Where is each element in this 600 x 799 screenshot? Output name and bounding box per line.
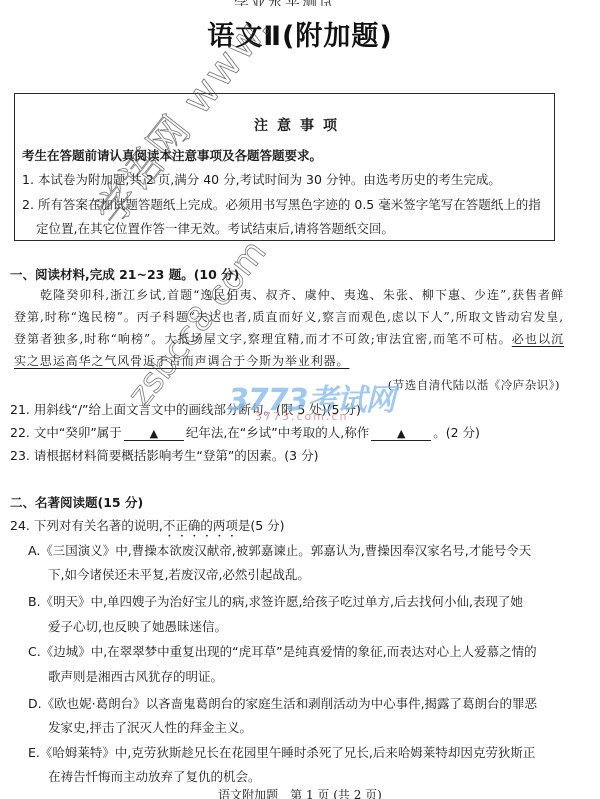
option-d-line-2: 发家史,抨击了泯灭人性的拜金主义。 [48, 718, 252, 736]
notice-intro: 考生在答题前请认真阅读本注意事项及各题答题要求。 [22, 146, 322, 164]
question-24: 24. 下列对有关名著的说明,不正确的两项是(5 分) [10, 516, 285, 540]
answer-blank-1[interactable]: ▲ [124, 428, 184, 441]
section-1-title: 一、阅读材料,完成 21~23 题。(10 分) [10, 265, 239, 283]
page-title: 语文Ⅱ(附加题) [0, 14, 600, 53]
option-c-line-1: C.《边城》中,在翠翠梦中重复出现的“虎耳草”是纯真爱情的象征,而表达对心上人爱… [28, 642, 537, 660]
notice-item-2-line-2: 定位置,在其它位置作答一律无效。考试结束后,请将答题纸交回。 [36, 219, 394, 237]
option-b-line-2: 爱子心切,也反映了她愚昧迷信。 [48, 617, 227, 635]
classical-passage: 乾隆癸卯科,浙江乡试,首题“逸民伯夷、叔齐、虞仲、夷逸、朱张、柳下惠、少连”,获… [14, 284, 564, 372]
notice-title: 注意事项 [0, 115, 600, 135]
option-d-line-1: D.《欧也妮·葛朗台》以吝啬鬼葛朗台的家庭生活和剥削活动为中心事件,揭露了葛朗台… [28, 694, 537, 712]
question-23: 23. 请根据材料简要概括影响考生“登第”的因素。(3 分) [10, 446, 319, 464]
option-b-line-1: B.《明天》中,单四嫂子为治好宝儿的病,求签许愿,给孩子吃过单方,后去找何小仙,… [28, 592, 523, 610]
question-24-prefix: 24. 下列对有关名著的说明, [10, 518, 163, 533]
option-a-line-2: 下,如今诸侯还未平复,若废汉帝,必然引起战乱。 [48, 565, 310, 583]
answer-blank-2[interactable]: ▲ [371, 428, 431, 441]
section-2-title: 二、名著阅读题(15 分) [10, 493, 143, 511]
option-c-line-2: 歌声则是湘西古风犹存的明证。 [48, 667, 223, 685]
question-22-part-3: 。(2 分) [433, 425, 480, 440]
question-24-emphasis: 不正确的两项 [163, 518, 238, 533]
question-22-part-1: 22. 文中“癸卯”属于 [10, 425, 122, 440]
cut-off-header-text: ……学业水平测试 [200, 0, 336, 6]
option-e-line-1: E.《哈姆莱特》中,克劳狄斯趁兄长在花园里午睡时杀死了兄长,后来哈姆莱特却因克劳… [28, 743, 535, 761]
question-22: 22. 文中“癸卯”属于▲纪年法,在“乡试”中考取的人,称作▲。(2 分) [10, 423, 480, 441]
cut-off-header: ……学业水平测试 [0, 0, 600, 6]
passage-source: (节选自清代陆以湉《冷庐杂识》) [388, 377, 560, 393]
question-22-part-2: 纪年法,在“乡试”中考取的人,称作 [186, 425, 369, 440]
question-24-suffix: 是(5 分) [238, 518, 285, 533]
exam-page: ……学业水平测试 语文Ⅱ(附加题) 注意事项 考生在答题前请认真阅读本注意事项及… [0, 0, 600, 799]
passage-text: 乾隆癸卯科,浙江乡试,首题“逸民伯夷、叔齐、虞仲、夷逸、朱张、柳下惠、少连”,获… [14, 288, 564, 346]
notice-item-2-line-1: 2. 所有答案在加试题答题纸上完成。必须用书写黑色字迹的 0.5 毫米签字笔写在… [22, 195, 541, 213]
option-a-line-1: A.《三国演义》中,曹操本欲废汉献帝,被郭嘉谏止。郭嘉认为,曹操因奉汉家名号,才… [28, 541, 531, 559]
question-21: 21. 用斜线“/”给上面文言文中的画线部分断句。(限 5 处)(5 分) [10, 400, 361, 418]
page-footer: 语文附加题 第 1 页 (共 2 页) [0, 786, 600, 799]
option-e-line-2: 在祷告忏悔而主动放弃了复仇的机会。 [48, 767, 261, 785]
notice-item-1: 1. 本试卷为附加题,共 2 页,满分 40 分,考试时间为 30 分钟。由选考… [22, 170, 501, 188]
